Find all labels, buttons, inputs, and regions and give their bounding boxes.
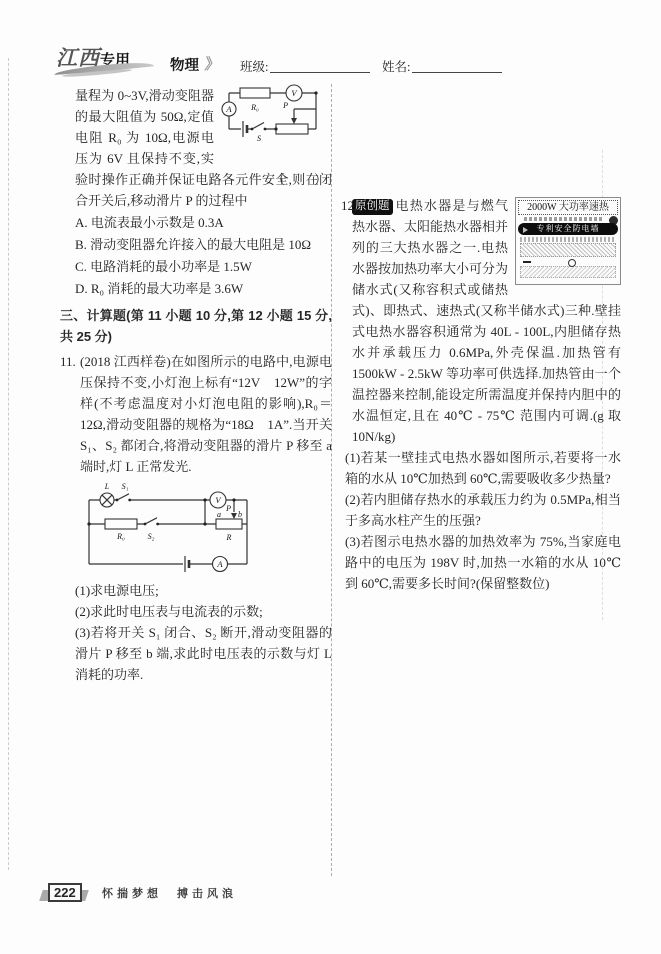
wires bbox=[89, 500, 247, 564]
node-dot bbox=[314, 91, 317, 94]
rheostat bbox=[216, 519, 242, 529]
switch-s2-icon bbox=[144, 518, 160, 526]
lamp-icon bbox=[100, 493, 114, 507]
battery-icon bbox=[243, 121, 247, 137]
dial-icon bbox=[568, 259, 576, 267]
node-dot bbox=[203, 522, 206, 525]
question-11-parts: (1)求电源电压; (2)求此时电压表与电流表的示数; (3)若将开关 S₁ 闭… bbox=[60, 580, 332, 685]
footer-motto: 怀揣梦想 搏击风浪 bbox=[102, 885, 237, 901]
heater-fineprint-texture bbox=[524, 217, 604, 221]
subject-label: 物理 bbox=[170, 54, 199, 75]
heater-photo-texture bbox=[520, 266, 616, 278]
label-ammeter: A bbox=[216, 559, 223, 569]
part-1: (1)若某一壁挂式电热水器如图所示,若要将一水箱的水从 10℃加热到 60℃,需… bbox=[345, 447, 621, 489]
heater-headline: 2000W 大功率速热 bbox=[518, 200, 618, 215]
question-12: 12. 2000W 大功率速热 专利安全防电墙 原创题电热水器是与燃气 bbox=[341, 195, 621, 594]
water-heater-figure: 2000W 大功率速热 专利安全防电墙 bbox=[515, 197, 621, 285]
node-dot bbox=[232, 498, 235, 501]
label-switch: S bbox=[257, 134, 261, 143]
page-number: 222 bbox=[48, 883, 82, 902]
option-a: A. 电流表最小示数是 0.3A bbox=[60, 212, 332, 233]
part-1: (1)求电源电压; bbox=[75, 580, 332, 601]
label-slider: P bbox=[282, 101, 288, 110]
label-rheostat: R bbox=[226, 533, 232, 542]
switch-icon bbox=[251, 123, 267, 131]
node-dot bbox=[87, 522, 90, 525]
book-page: 江西专用 物理 》 班级: 姓名: bbox=[0, 0, 661, 954]
question-12-text-block: 2000W 大功率速热 专利安全防电墙 原创题电热水器是与燃气热水器、太阳能热水… bbox=[341, 195, 621, 447]
question-12-parts: (1)若某一壁挂式电热水器如图所示,若要将一水箱的水从 10℃加热到 60℃,需… bbox=[341, 447, 621, 594]
label-s1: S₁ bbox=[122, 482, 129, 491]
label-ammeter: A bbox=[225, 104, 232, 114]
option-c: C. 电路消耗的最小功率是 1.5W bbox=[60, 256, 332, 277]
trim-line-left bbox=[8, 58, 9, 870]
label-r0: R₀ bbox=[250, 103, 259, 112]
page-header: 江西专用 物理 》 班级: 姓名: bbox=[0, 0, 661, 84]
label-a-end: a bbox=[217, 510, 221, 519]
question-10-text-block: R₀ V A P S 量程为 0~3V,滑动变阻器的最大阻值为 50Ω,定值电阻… bbox=[60, 85, 332, 211]
question-12-number: 12. bbox=[341, 195, 357, 216]
heater-photo-texture bbox=[520, 243, 616, 257]
question-11-text: (2018 江西样卷)在如图所示的电路中,电源电压保持不变,小灯泡上标有“12V… bbox=[60, 351, 332, 477]
label-slider: P bbox=[225, 504, 231, 513]
class-field-line bbox=[270, 71, 370, 73]
question-10: R₀ V A P S 量程为 0~3V,滑动变阻器的最大阻值为 50Ω,定值电阻… bbox=[60, 85, 332, 299]
question-11-number: 11. bbox=[60, 351, 76, 372]
battery-icon bbox=[185, 556, 189, 572]
switch-s1-icon bbox=[116, 494, 132, 502]
option-b: B. 滑动变阻器允许接入的最大电阻是 10Ω bbox=[60, 234, 332, 255]
part-3: (3)若图示电热水器的加热效率为 75%,当家庭电路中的电压为 198V 时,加… bbox=[345, 531, 621, 594]
dash-mark-icon bbox=[523, 261, 531, 263]
question-11: 11. (2018 江西样卷)在如图所示的电路中,电源电压保持不变,小灯泡上标有… bbox=[60, 351, 332, 685]
heater-controls-row bbox=[520, 257, 616, 266]
original-question-tag: 原创题 bbox=[352, 199, 393, 215]
heater-texture-row bbox=[520, 237, 616, 242]
node-dot bbox=[203, 498, 206, 501]
slider-arrow-icon bbox=[231, 513, 237, 519]
page-number-badge: 222 bbox=[48, 883, 82, 902]
resistor-r0 bbox=[105, 519, 137, 529]
node-dot bbox=[274, 127, 277, 130]
answer-blank: （ ） bbox=[272, 169, 328, 190]
slider-arrow-icon bbox=[291, 118, 297, 124]
right-column: 12. 2000W 大功率速热 专利安全防电墙 原创题电热水器是与燃气 bbox=[341, 191, 621, 594]
circuit-diagram-1: R₀ V A P S bbox=[220, 85, 332, 147]
label-r0: R₀ bbox=[116, 532, 125, 541]
part-3: (3)若将开关 S₁ 闭合、S₂ 断开,滑动变阻器的滑片 P 移至 b 端,求此… bbox=[75, 622, 332, 685]
section-heading: 三、计算题(第 11 小题 10 分,第 12 小题 15 分,共 25 分) bbox=[60, 305, 332, 347]
page-footer: 222 怀揣梦想 搏击风浪 bbox=[0, 878, 661, 918]
label-lamp: L bbox=[104, 482, 110, 491]
heater-banner: 专利安全防电墙 bbox=[518, 223, 618, 235]
rheostat bbox=[276, 124, 308, 134]
label-b-end: b bbox=[238, 510, 242, 519]
resistor-r0 bbox=[240, 88, 270, 98]
brand-logo: 江西专用 bbox=[56, 42, 174, 76]
class-field: 班级: bbox=[240, 57, 370, 75]
circuit-diagram-2: L S₁ V R₀ S₂ a P b R A bbox=[84, 482, 254, 578]
name-field-label: 姓名: bbox=[382, 60, 410, 74]
name-field: 姓名: bbox=[382, 57, 502, 75]
left-column: R₀ V A P S 量程为 0~3V,滑动变阻器的最大阻值为 50Ω,定值电阻… bbox=[60, 85, 332, 685]
chevron-right-icon: 》 bbox=[204, 53, 222, 74]
name-field-line bbox=[412, 71, 502, 73]
class-field-label: 班级: bbox=[240, 60, 268, 74]
part-2: (2)若内胆储存热水的承载压力约为 0.5MPa,相当于多高水柱产生的压强? bbox=[345, 489, 621, 531]
option-d: D. R₀ 消耗的最大功率是 3.6W bbox=[60, 278, 332, 299]
part-2: (2)求此时电压表与电流表的示数; bbox=[75, 601, 332, 622]
label-s2: S₂ bbox=[148, 532, 155, 541]
